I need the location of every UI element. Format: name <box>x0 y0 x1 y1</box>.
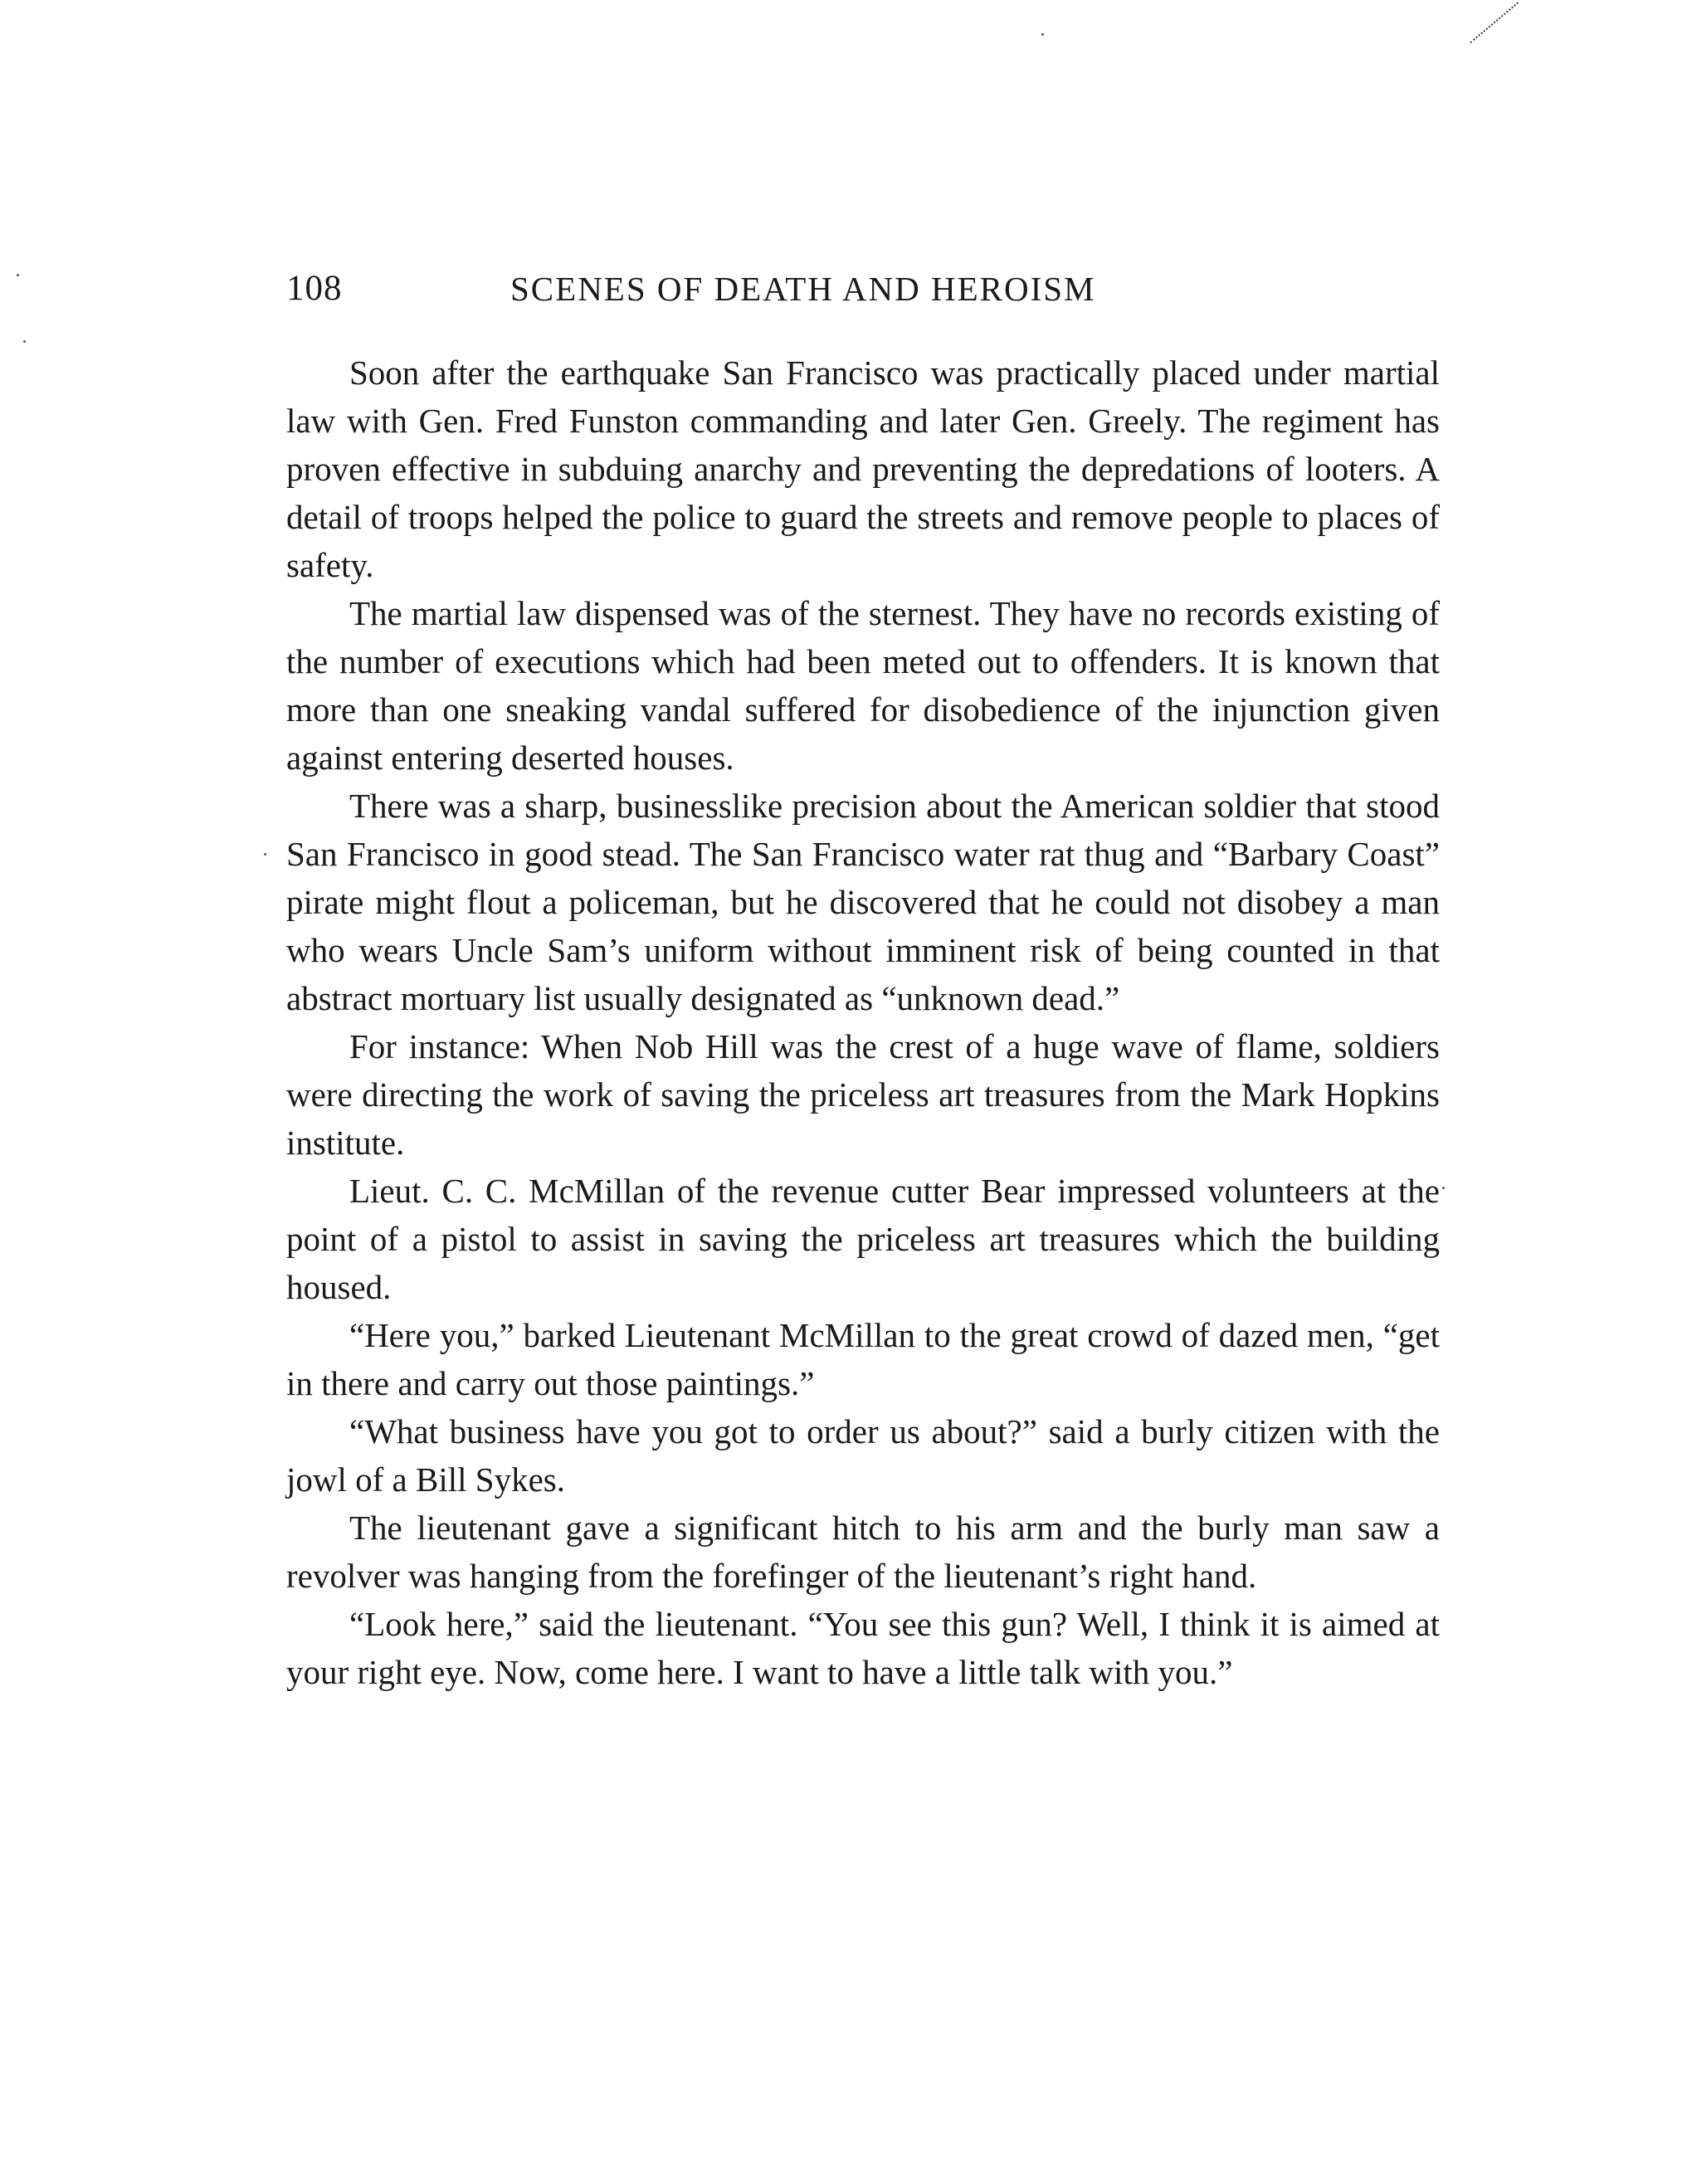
paragraph: “Look here,” said the lieutenant. “You s… <box>286 1600 1440 1696</box>
scan-speck <box>17 274 19 276</box>
body-text: Soon after the earthquake San Francisco … <box>286 349 1440 1696</box>
scan-artifact-mark <box>1470 2 1519 44</box>
paragraph: “What business have you got to order us … <box>286 1407 1440 1504</box>
scan-speck <box>1041 33 1044 36</box>
running-head: 108 Scenes of Death and Heroism <box>286 264 1440 314</box>
page-number: 108 <box>286 264 343 314</box>
scan-speck <box>1442 1187 1445 1189</box>
running-title: Scenes of Death and Heroism <box>510 264 1096 314</box>
paragraph: “Here you,” barked Lieutenant McMillan t… <box>286 1311 1440 1407</box>
paragraph: Lieut. C. C. McMillan of the revenue cut… <box>286 1167 1440 1311</box>
paragraph: Soon after the earthquake San Francisco … <box>286 349 1440 589</box>
scan-speck <box>23 340 26 343</box>
paragraph: For instance: When Nob Hill was the cres… <box>286 1022 1440 1167</box>
book-page: 108 Scenes of Death and Heroism Soon aft… <box>0 0 1687 2184</box>
scan-speck <box>264 853 266 856</box>
paragraph: The martial law dispensed was of the ste… <box>286 589 1440 782</box>
paragraph: There was a sharp, businesslike precisio… <box>286 782 1440 1022</box>
paragraph: The lieutenant gave a significant hitch … <box>286 1504 1440 1600</box>
